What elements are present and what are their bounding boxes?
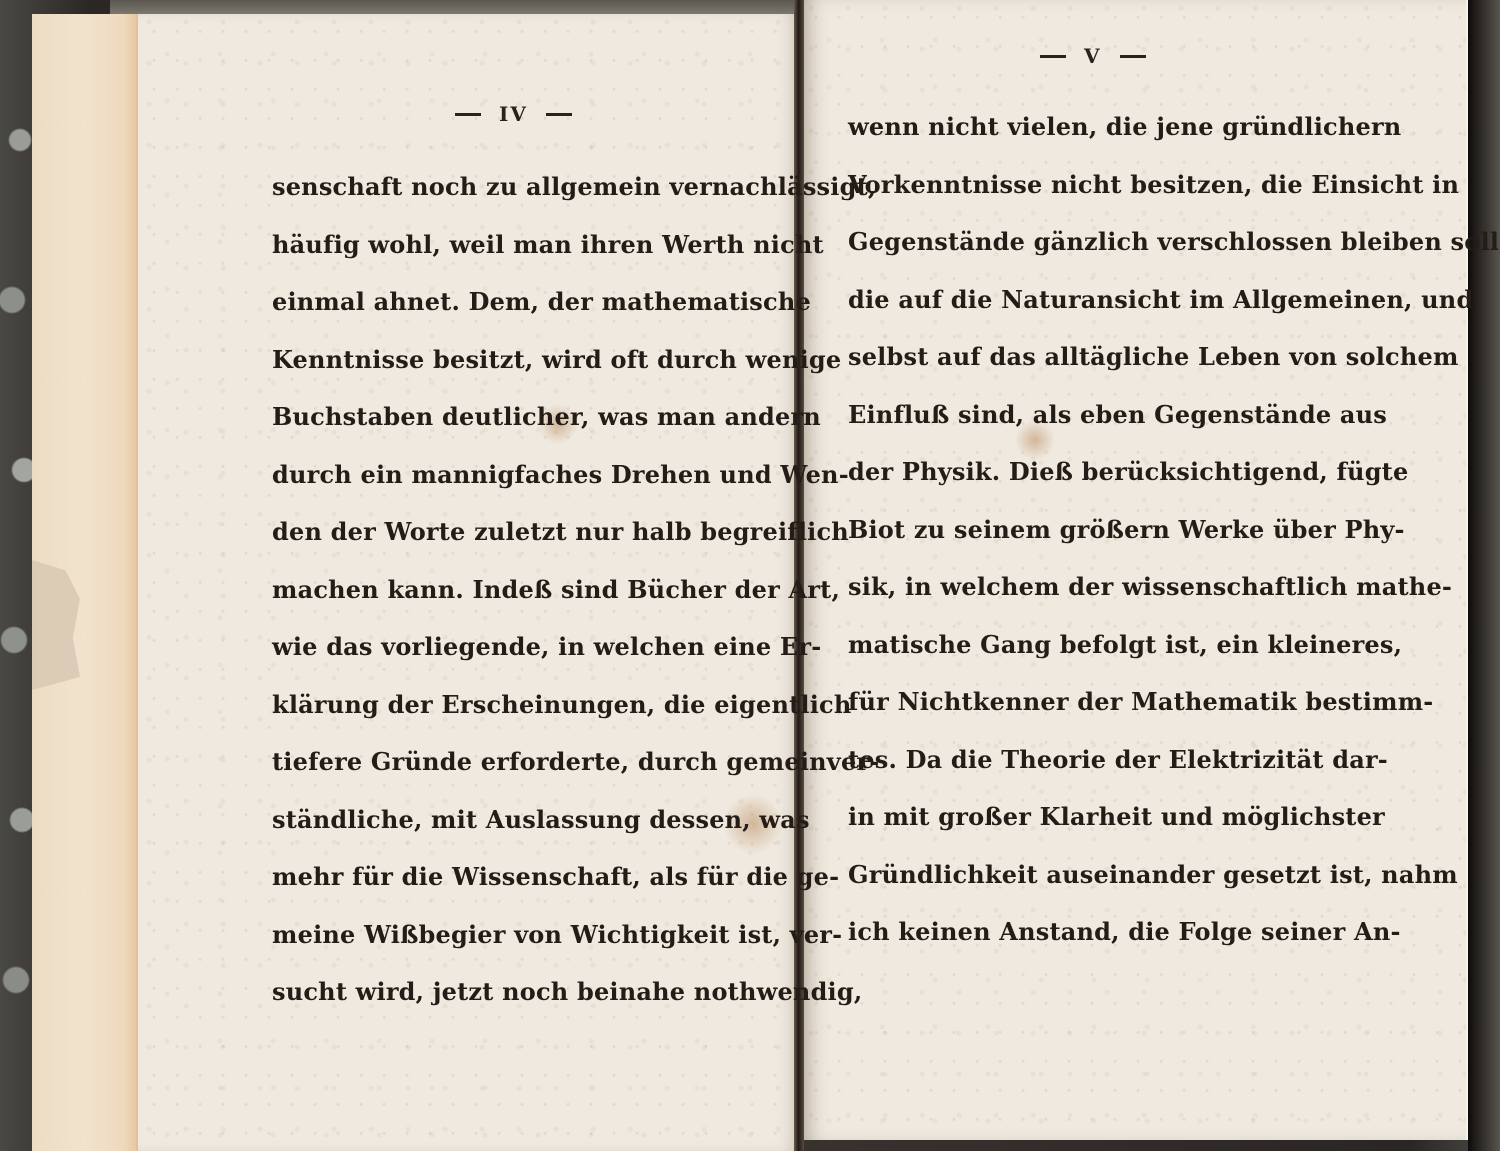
text-line: meine Wißbegier von Wichtigkeit ist, ver… <box>272 906 786 964</box>
text-line: die auf die Naturansicht im Allgemeinen,… <box>848 271 1360 329</box>
page-number-text: V <box>1084 44 1102 68</box>
text-line: durch ein mannigfaches Drehen und Wen- <box>272 446 786 504</box>
left-page-text: senschaft noch zu allgemein vernachlässi… <box>272 158 786 1021</box>
text-line: selbst auf das alltägliche Leben von sol… <box>848 328 1360 386</box>
text-line: Einfluß sind, als eben Gegenstände aus <box>848 386 1360 444</box>
text-line: Buchstaben deutlicher, was man andern <box>272 388 786 446</box>
text-line: ständliche, mit Auslassung dessen, was <box>272 791 786 849</box>
dash-decoration <box>1120 55 1146 58</box>
text-line: tiefere Gründe erforderte, durch gemeinv… <box>272 733 786 791</box>
text-line: mehr für die Wissenschaft, als für die g… <box>272 848 786 906</box>
text-line: wie das vorliegende, in welchen eine Er- <box>272 618 786 676</box>
text-line: in mit großer Klarheit und möglichster <box>848 788 1360 846</box>
text-line: sucht wird, jetzt noch beinahe nothwendi… <box>272 963 786 1021</box>
text-line: matische Gang befolgt ist, ein kleineres… <box>848 616 1360 674</box>
text-line: Kenntnisse besitzt, wird oft durch wenig… <box>272 331 786 389</box>
text-line: sik, in welchem der wissenschaftlich mat… <box>848 558 1360 616</box>
text-line: Gründlichkeit auseinander gesetzt ist, n… <box>848 846 1360 904</box>
text-line: ich keinen Anstand, die Folge seiner An- <box>848 903 1360 961</box>
text-line: senschaft noch zu allgemein vernachlässi… <box>272 158 786 216</box>
text-line: klärung der Erscheinungen, die eigentlic… <box>272 676 786 734</box>
text-line: machen kann. Indeß sind Bücher der Art, <box>272 561 786 619</box>
text-line: den der Worte zuletzt nur halb begreifli… <box>272 503 786 561</box>
book-cover-right-edge <box>1468 0 1500 1151</box>
text-line: einmal ahnet. Dem, der mathematische <box>272 273 786 331</box>
right-page-text: wenn nicht vielen, die jene gründlichern… <box>848 98 1360 961</box>
text-line: tes. Da die Theorie der Elektrizität dar… <box>848 731 1360 789</box>
left-page-number: IV <box>455 102 572 126</box>
right-page-number: V <box>1040 44 1146 68</box>
text-line: der Physik. Dieß berücksichtigend, fügte <box>848 443 1360 501</box>
text-line: häufig wohl, weil man ihren Werth nicht <box>272 216 786 274</box>
text-line: Vorkenntnisse nicht besitzen, die Einsic… <box>848 156 1360 214</box>
text-line: für Nichtkenner der Mathematik bestimm- <box>848 673 1360 731</box>
text-line: Biot zu seinem größern Werke über Phy- <box>848 501 1360 559</box>
page-number-text: IV <box>499 102 528 126</box>
dash-decoration <box>1040 55 1066 58</box>
text-line: wenn nicht vielen, die jene gründlichern <box>848 98 1360 156</box>
dash-decoration <box>546 113 572 116</box>
dash-decoration <box>455 113 481 116</box>
text-line: Gegenstände gänzlich verschlossen bleibe… <box>848 213 1360 271</box>
